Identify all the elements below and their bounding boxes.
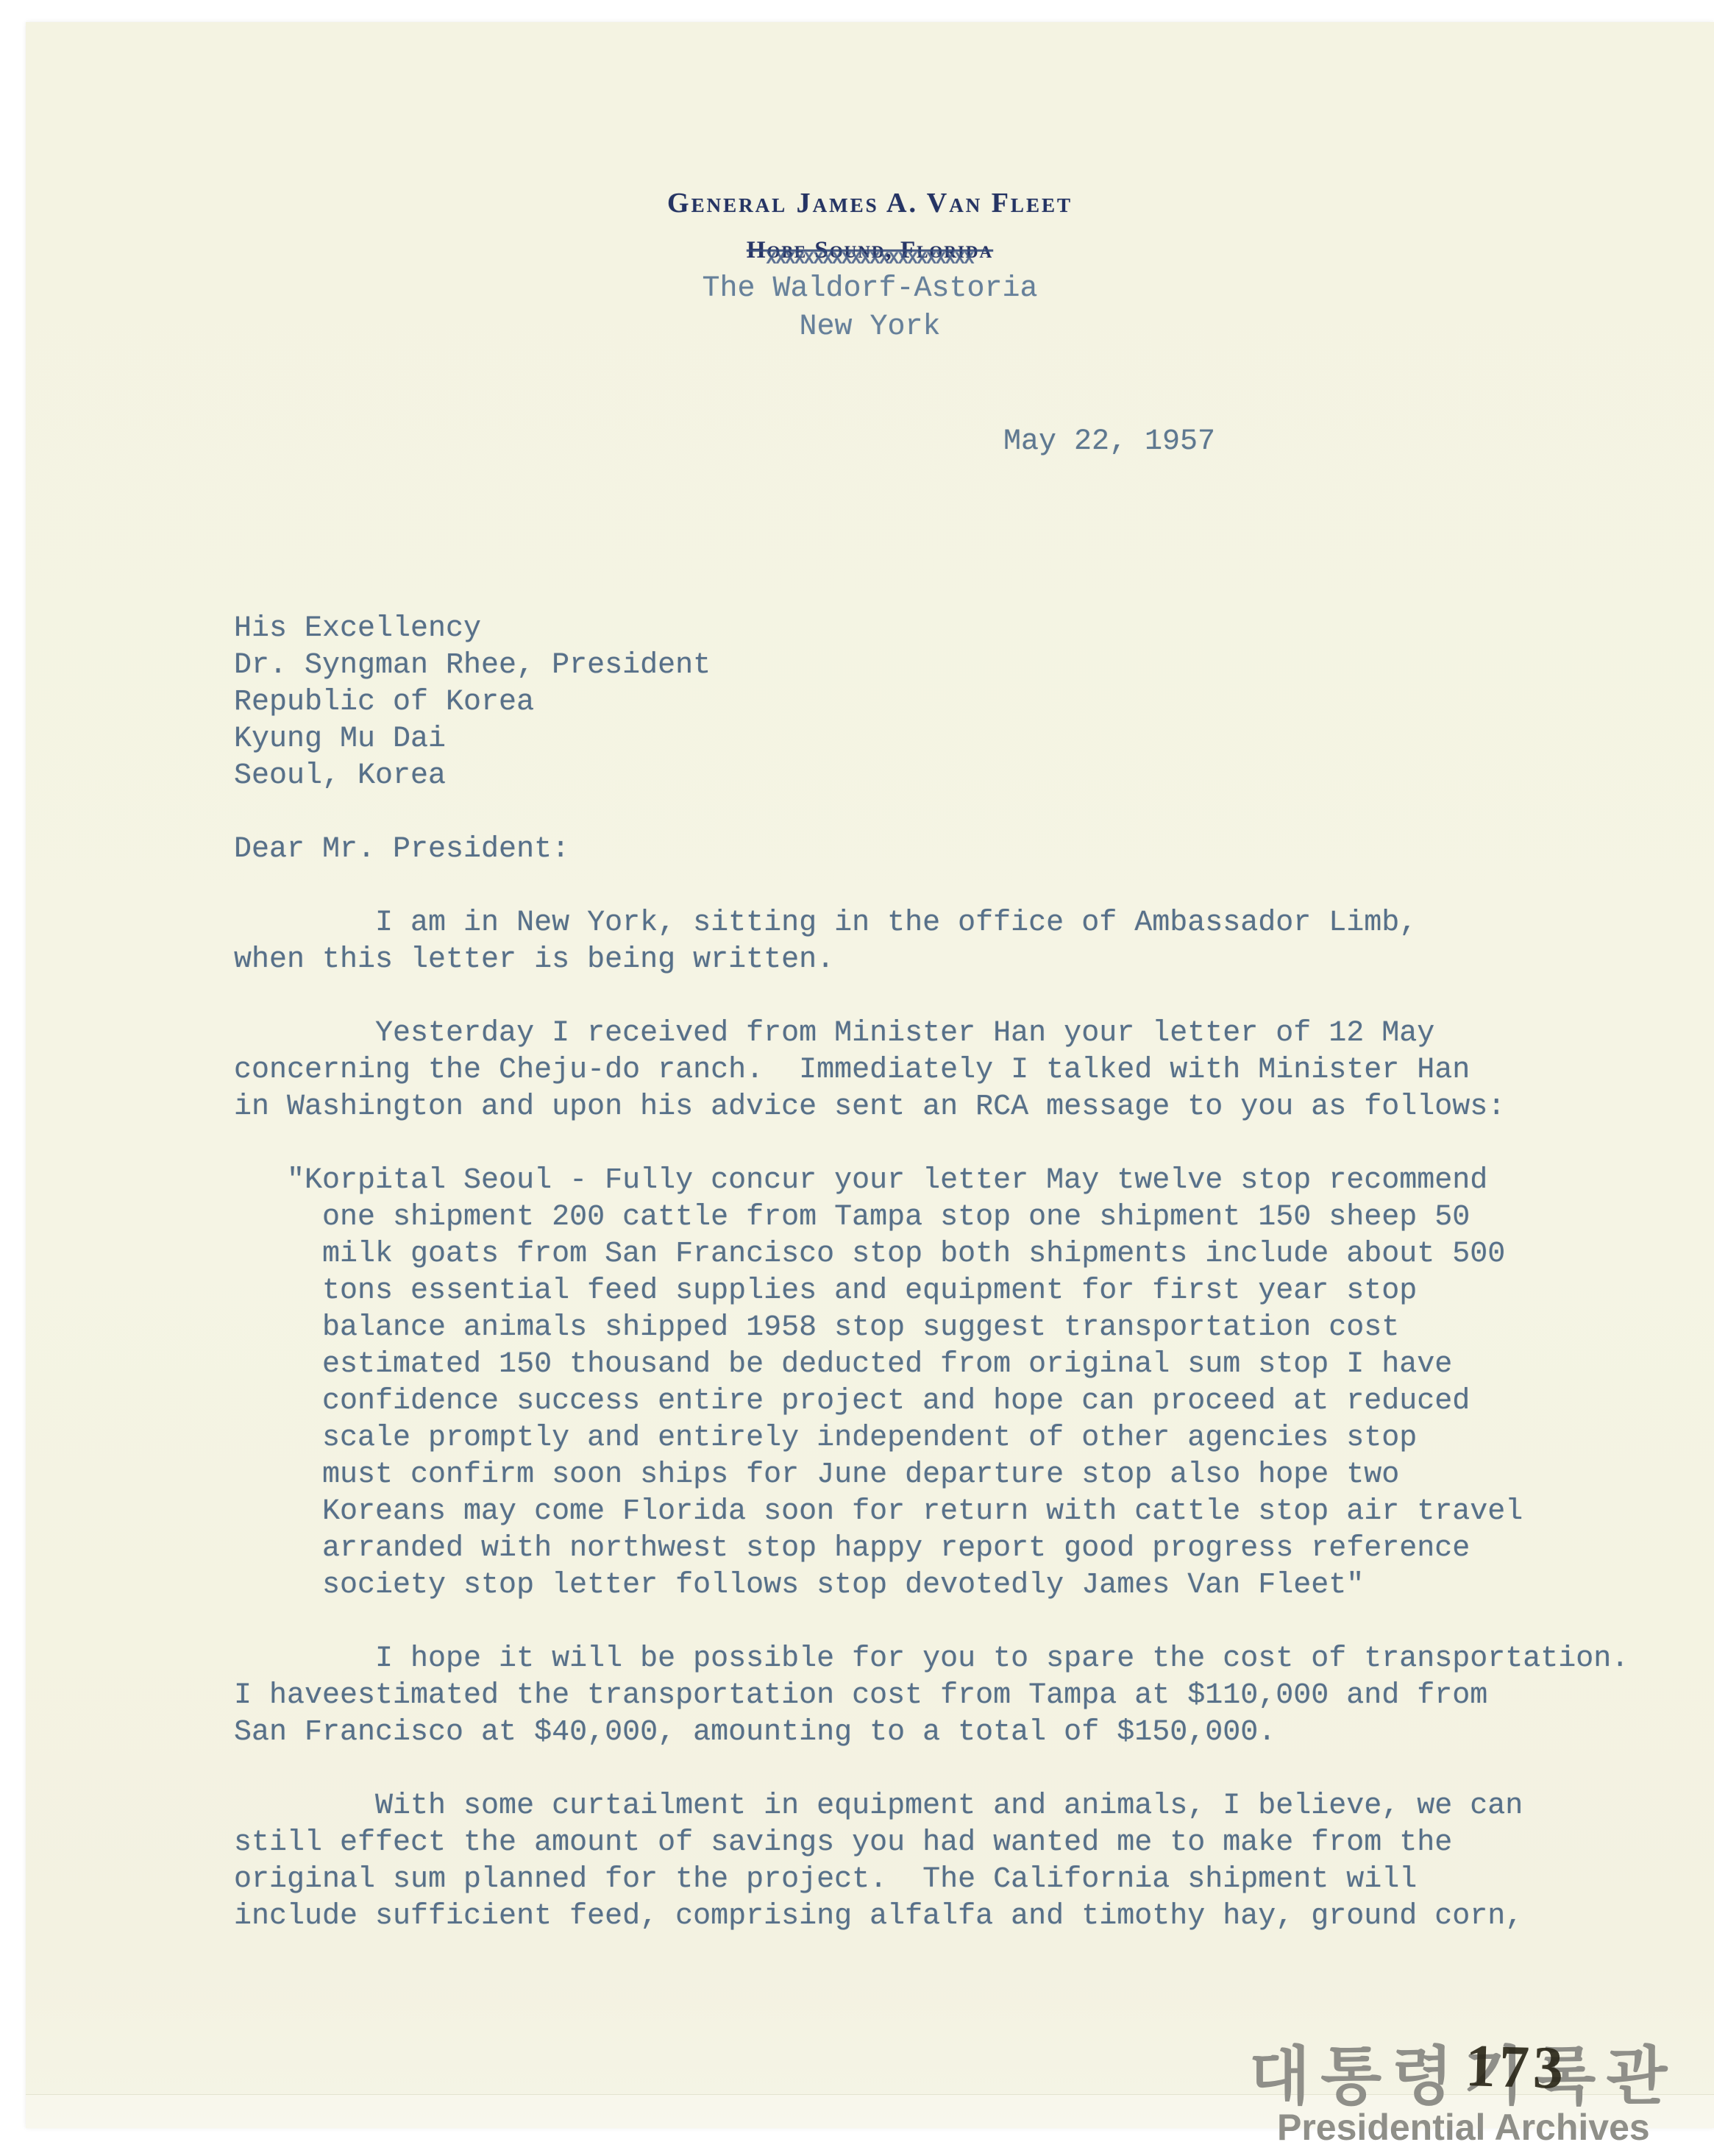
letterhead-hotel: The Waldorf-Astoria <box>26 272 1714 305</box>
letterhead-location-text: Hobe Sound, Floridaxxxxxxxxxxxxxxxxxxxxx… <box>747 237 993 264</box>
letterhead-name: General James A. Van Fleet <box>26 187 1714 219</box>
scanned-letter-page: General James A. Van Fleet Hobe Sound, F… <box>0 0 1714 2156</box>
watermark-english: Presidential Archives <box>1277 2106 1650 2149</box>
letter-body: I am in New York, sitting in the office … <box>234 905 1629 1935</box>
letterhead-location: Hobe Sound, Floridaxxxxxxxxxxxxxxxxxxxxx… <box>26 237 1714 264</box>
watermark-korean: 대통령기록관 <box>1249 2025 1677 2116</box>
page-number-stamp: 173 <box>1465 2031 1568 2103</box>
salutation: Dear Mr. President: <box>234 831 569 868</box>
letterhead-city: New York <box>26 311 1714 344</box>
recipient-address-block: His Excellency Dr. Syngman Rhee, Preside… <box>234 611 711 795</box>
letter-date: May 22, 1957 <box>1003 425 1215 458</box>
